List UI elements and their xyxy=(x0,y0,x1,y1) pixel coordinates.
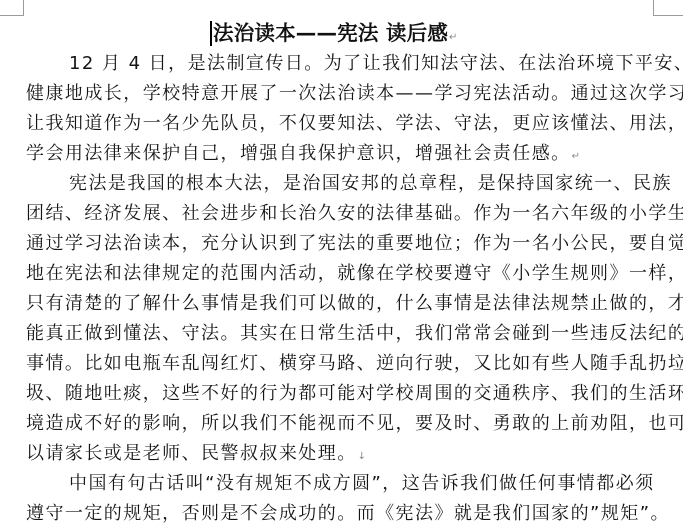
page-corner-top-left-marker xyxy=(0,0,24,16)
paragraph-line: 圾、随地吐痰，这些不好的行为都可能对学校周围的交通秩序、我们的生活环 xyxy=(26,379,656,409)
document-title[interactable]: 法治读本——宪法 读后感↵ xyxy=(213,19,458,52)
paragraph-line: 健康地成长，学校特意开展了一次法治读本——学习宪法活动。通过这次学习， xyxy=(26,79,656,109)
paragraph-line: 事情。比如电瓶车乱闯红灯、横穿马路、逆向行驶，又比如有些人随手乱扔垃 xyxy=(26,349,656,379)
paragraph-line: 宪法是我国的根本大法，是治国安邦的总章程，是保持国家统一、民族 xyxy=(26,169,656,199)
paragraph-mark-icon: ↵ xyxy=(449,32,458,43)
paragraph-line: 团结、经济发展、社会进步和长治久安的法律基础。作为一名六年级的小学生， xyxy=(26,199,656,229)
document-title-row: 法治读本——宪法 读后感↵ xyxy=(0,19,683,47)
paragraph-2: 宪法是我国的根本大法，是治国安邦的总章程，是保持国家统一、民族 团结、经济发展、… xyxy=(26,169,656,469)
paragraph-line-text: 学会用法律来保护自己，增强自我保护意识，增强社会责任感。 xyxy=(26,143,571,164)
paragraph-line-text: 以请家长或是老师、民警叔叔来处理。 xyxy=(26,443,357,464)
paragraph-mark-icon: ↵ xyxy=(572,151,582,162)
paragraph-line: 能真正做到懂法、守法。其实在日常生活中，我们常常会碰到一些违反法纪的 xyxy=(26,319,656,349)
paragraph-line: 让我知道作为一名少先队员，不仅要知法、学法、守法，更应该懂法、用法， xyxy=(26,109,656,139)
text-cursor xyxy=(210,21,212,46)
paragraph-line: 遵守一定的规矩，否则是不会成功的。而《宪法》就是我们国家的”规矩”。 xyxy=(26,499,656,524)
paragraph-line: 只有清楚的了解什么事情是我们可以做的，什么事情是法律法规禁止做的，才 xyxy=(26,289,656,319)
paragraph-line: 境造成不好的影响，所以我们不能视而不见，要及时、勇敢的上前劝阻，也可 xyxy=(26,409,656,439)
paragraph-line: 中国有句古话叫“没有规矩不成方圆”，这告诉我们做任何事情都必须 xyxy=(26,469,656,499)
paragraph-3: 中国有句古话叫“没有规矩不成方圆”，这告诉我们做任何事情都必须 遵守一定的规矩，… xyxy=(26,469,656,524)
paragraph-line: 12 月 4 日，是法制宣传日。为了让我们知法守法、在法治环境下平安、 xyxy=(26,49,656,79)
page-corner-top-right-marker xyxy=(653,0,683,16)
paragraph-line: 地在宪法和法律规定的范围内活动，就像在学校要遵守《小学生规则》一样， xyxy=(26,259,656,289)
document-body[interactable]: 12 月 4 日，是法制宣传日。为了让我们知法守法、在法治环境下平安、 健康地成… xyxy=(26,49,656,524)
line-break-mark-icon: ↓ xyxy=(358,451,368,462)
paragraph-line-last: 以请家长或是老师、民警叔叔来处理。↓ xyxy=(26,439,656,469)
document-title-text: 法治读本——宪法 读后感 xyxy=(213,21,448,45)
paragraph-line-last: 学会用法律来保护自己，增强自我保护意识，增强社会责任感。↵ xyxy=(26,139,656,169)
paragraph-line: 通过学习法治读本，充分认识到了宪法的重要地位；作为一名小公民，要自觉 xyxy=(26,229,656,259)
paragraph-1: 12 月 4 日，是法制宣传日。为了让我们知法守法、在法治环境下平安、 健康地成… xyxy=(26,49,656,169)
